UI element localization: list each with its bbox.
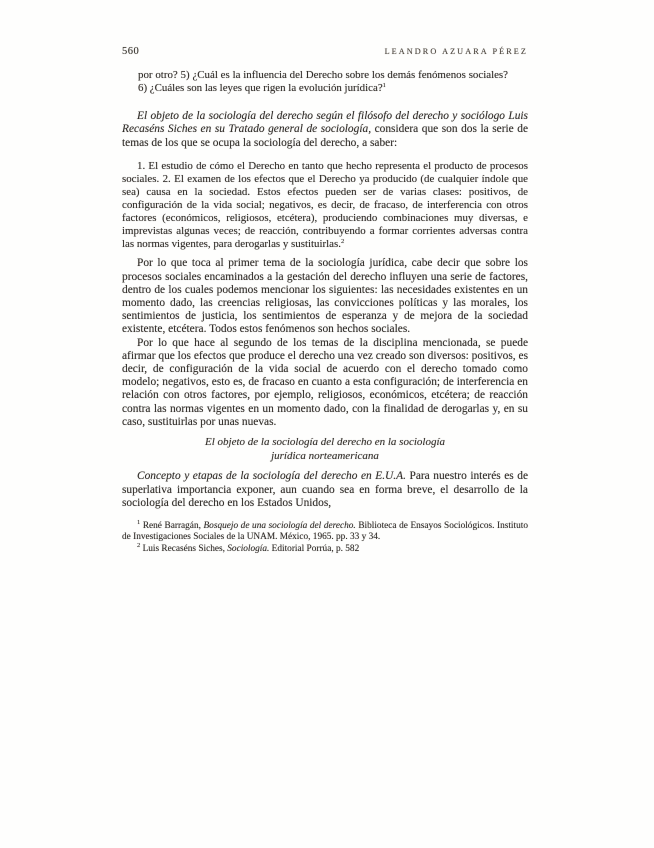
page-number: 560 — [122, 46, 139, 57]
intro-paragraph: El objeto de la sociología del derecho s… — [122, 110, 528, 151]
concept-italic-text: Concepto y etapas de la sociología del d… — [137, 470, 406, 482]
footnote-ref-2-marker: 2 — [341, 238, 344, 245]
footnote-1-title: Bosquejo de una sociología del derecho. — [204, 521, 356, 531]
paragraph-second-theme: Por lo que hace al segundo de los temas … — [122, 337, 528, 429]
block-quote-text: 1. El estudio de cómo el Derecho en tant… — [122, 160, 528, 251]
running-head: LEANDRO AZUARA PÉREZ — [385, 47, 528, 56]
footnote-2-rest: Editorial Porrúa, p. 582 — [269, 544, 359, 554]
quote-continuation-text: por otro? 5) ¿Cuál es la influencia del … — [138, 69, 508, 94]
footnote-1: 1 René Barragán, Bosquejo de una sociolo… — [122, 521, 528, 544]
section-heading: El objeto de la sociología del derecho e… — [122, 436, 528, 463]
section-heading-line2: jurídica norteamericana — [122, 450, 528, 464]
footnote-ref-1-marker: 1 — [383, 82, 386, 89]
footnote-1-author: René Barragán, — [140, 521, 203, 531]
recasens-block-quote: 1. El estudio de cómo el Derecho en tant… — [122, 160, 528, 252]
page-header: 560 LEANDRO AZUARA PÉREZ — [122, 46, 528, 57]
section-heading-line1: El objeto de la sociología del derecho e… — [122, 436, 528, 450]
paragraph-first-theme: Por lo que toca al primer tema de la soc… — [122, 257, 528, 336]
text-block: 560 LEANDRO AZUARA PÉREZ por otro? 5) ¿C… — [122, 46, 528, 555]
footnote-2: 2 Luis Recaséns Siches, Sociología. Edit… — [122, 544, 528, 555]
concept-paragraph: Concepto y etapas de la sociología del d… — [122, 470, 528, 511]
footnotes-section: 1 René Barragán, Bosquejo de una sociolo… — [122, 521, 528, 555]
footnote-2-title: Sociología. — [227, 544, 269, 554]
quote-continuation-paragraph: por otro? 5) ¿Cuál es la influencia del … — [138, 69, 508, 96]
footnote-2-author: Luis Recaséns Siches, — [140, 544, 227, 554]
scanned-page: 560 LEANDRO AZUARA PÉREZ por otro? 5) ¿C… — [0, 0, 654, 848]
